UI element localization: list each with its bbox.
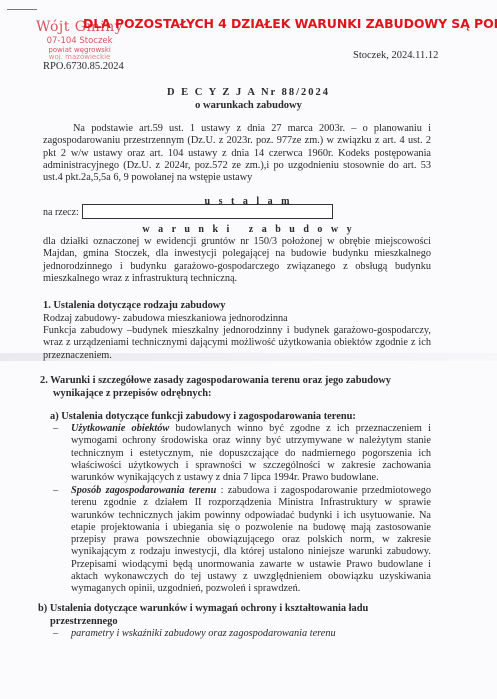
section-2-heading: 2. Warunki i szczegółowe zasady zagospod…	[40, 375, 391, 400]
decision-title: D E C Y Z J A Nr 88/2024 o warunkach zab…	[0, 86, 497, 112]
reference-number: RPO.6730.85.2024	[43, 61, 124, 72]
section-2a-heading: a) Ustalenia dotyczące funkcji zabudowy …	[50, 411, 356, 424]
stamp-line-2: 07-104 Stoczek	[36, 37, 123, 46]
document-page: Wójt Gminy 07-104 Stoczek powiat węgrows…	[0, 0, 497, 699]
place-date: Stoczek, 2024.11.12	[353, 50, 438, 61]
section-2b-heading-line-1: b) Ustalenia dotyczące warunków i wymaga…	[38, 603, 368, 616]
dash-bullet: –	[53, 628, 58, 640]
section-2b-item-1: – parametry i wskaźniki zabudowy oraz za…	[56, 628, 431, 640]
stamp-line-4: woj. mazowieckie	[36, 54, 123, 61]
section-2b-heading: b) Ustalenia dotyczące warunków i wymaga…	[38, 603, 368, 628]
section-2a-item-1: – Użytkowanie obiektów budowlanych winno…	[56, 423, 431, 484]
section-1-type: Rodzaj zabudowy- zabudowa mieszkaniowa j…	[43, 313, 431, 325]
item-term: Sposób zagospodarowania terenu	[71, 485, 216, 496]
legal-basis-paragraph: Na podstawie art.59 ust. 1 ustawy z dnia…	[43, 123, 431, 184]
item-text: : zabudowa i zagospodarowanie przedmioto…	[71, 485, 431, 594]
red-banner-note: DLA POZOSTAŁYCH 4 DZIAŁEK WARUNKI ZABUDO…	[83, 16, 497, 31]
dash-bullet: –	[53, 423, 58, 435]
decision-number: D E C Y Z J A Nr 88/2024	[0, 86, 497, 99]
warunki-zabudowy-heading: w a r u n k i z a b u d o w y	[0, 224, 497, 235]
na-rzecz-redacted-field	[82, 204, 333, 219]
item-text: parametry i wskaźniki zabudowy oraz zago…	[71, 628, 431, 640]
section-1-heading: 1. Ustalenia dotyczące rodzaju zabudowy	[43, 300, 226, 313]
section-1-function: Funkcja zabudowy –budynek mieszkalny jed…	[43, 325, 431, 362]
na-rzecz-label: na rzecz:	[43, 207, 79, 218]
item-term: Użytkowanie obiektów	[71, 423, 169, 434]
dash-bullet: –	[53, 485, 58, 497]
section-2-heading-line-1: 2. Warunki i szczegółowe zasady zagospod…	[40, 375, 391, 388]
section-2-heading-line-2: wynikające z przepisów odrębnych:	[40, 388, 391, 401]
decision-subtitle: o warunkach zabudowy	[0, 99, 497, 112]
margin-mark	[7, 9, 37, 10]
section-2a-item-2: – Sposób zagospodarowania terenu : zabud…	[56, 485, 431, 596]
parcel-description: dla działki oznaczonej w ewidencji grunt…	[43, 236, 431, 285]
section-2b-heading-line-2: przestrzennego	[38, 616, 368, 629]
